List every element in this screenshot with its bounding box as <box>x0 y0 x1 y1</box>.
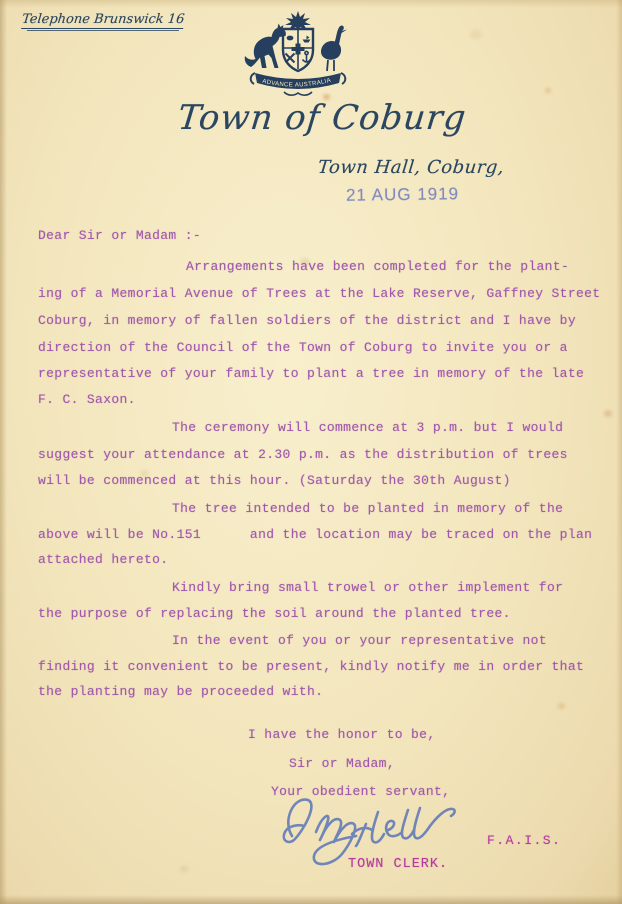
body-line: In the event of you or your representati… <box>172 633 547 649</box>
body-line: representative of your family to plant a… <box>38 366 584 382</box>
paper-stain <box>545 88 551 93</box>
body-line: The tree intended to be planted in memor… <box>172 501 563 517</box>
closing-honor-line: I have the honor to be, <box>248 727 435 743</box>
body-line: suggest your attendance at 2.30 p.m. as … <box>38 447 568 463</box>
paper-stain <box>180 866 188 872</box>
signature-ink <box>258 786 518 868</box>
telephone-line: Telephone Brunswick 16 <box>21 12 185 29</box>
body-line: Coburg, in memory of fallen soldiers of … <box>38 313 576 329</box>
paper-stain <box>604 410 612 417</box>
body-line: F. C. Saxon. <box>38 392 136 408</box>
org-name: Town of Coburg <box>176 98 469 138</box>
body-line: above will be No.151 and the location ma… <box>38 527 592 543</box>
body-line: ing of a Memorial Avenue of Trees at the… <box>38 286 600 302</box>
body-line: Arrangements have been completed for the… <box>186 259 569 275</box>
date-stamp: 21 AUG 1919 <box>346 184 459 206</box>
body-line: The ceremony will commence at 3 p.m. but… <box>172 420 563 436</box>
body-line: finding it convenient to be present, kin… <box>38 659 584 675</box>
paper-stain <box>470 30 482 39</box>
salutation: Dear Sir or Madam :- <box>38 228 201 244</box>
body-line: direction of the Council of the Town of … <box>38 340 568 356</box>
org-address: Town Hall, Coburg, <box>317 157 505 178</box>
signatory-title: TOWN CLERK. <box>348 857 448 873</box>
credentials: F.A.I.S. <box>487 833 561 849</box>
paper-stain <box>558 703 565 709</box>
coat-of-arms: ADVANCE AUSTRALIA <box>242 10 354 98</box>
scanned-letter-page: Telephone Brunswick 16 <box>0 0 622 904</box>
closing-sir-line: Sir or Madam, <box>289 756 395 772</box>
body-line: the planting may be proceeded with. <box>38 684 323 700</box>
body-line: the purpose of replacing the soil around… <box>38 606 511 622</box>
body-line: will be commenced at this hour. (Saturda… <box>38 473 511 489</box>
body-line: attached hereto. <box>38 552 168 568</box>
body-line: Kindly bring small trowel or other imple… <box>172 580 563 596</box>
